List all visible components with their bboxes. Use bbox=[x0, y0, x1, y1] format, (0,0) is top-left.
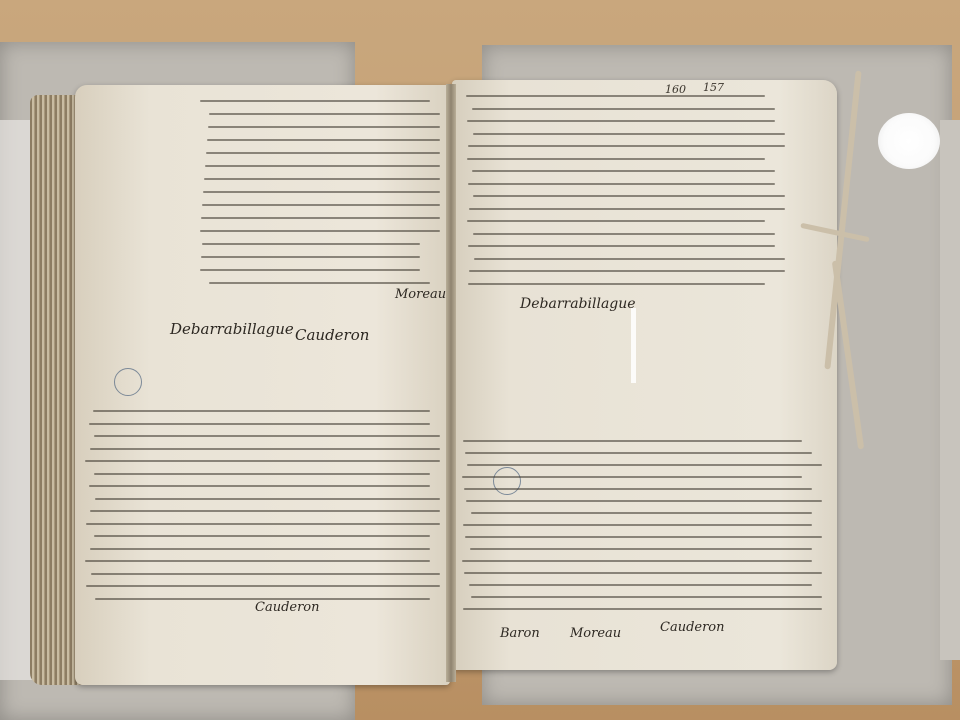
light-glare bbox=[631, 308, 636, 383]
signature-cauderon-bottom: Cauderon bbox=[255, 600, 320, 615]
handwriting-line bbox=[469, 270, 785, 272]
signature-moreau-right: Moreau bbox=[570, 626, 621, 641]
handwriting-line bbox=[466, 95, 765, 97]
handwriting-line bbox=[467, 220, 765, 222]
handwriting-line bbox=[473, 133, 786, 135]
handwriting-line bbox=[473, 233, 776, 235]
handwriting-line bbox=[462, 476, 802, 478]
handwriting-line bbox=[463, 524, 812, 526]
handwriting-line bbox=[465, 536, 822, 538]
signature-debarrabillague-right: Debarrabillague bbox=[520, 296, 636, 312]
handwriting-line bbox=[472, 170, 775, 172]
handwriting-line bbox=[200, 100, 430, 102]
handwriting-line bbox=[468, 283, 766, 285]
handwriting-line bbox=[471, 512, 812, 514]
handwriting-line bbox=[472, 108, 776, 110]
handwriting-line bbox=[207, 139, 440, 141]
handwriting-line bbox=[467, 464, 822, 466]
handwriting-line bbox=[468, 183, 776, 185]
handwriting-line bbox=[469, 584, 812, 586]
handwriting-line bbox=[86, 523, 441, 525]
handwriting-line bbox=[94, 473, 431, 475]
handwriting-line bbox=[200, 269, 420, 271]
handwriting-line bbox=[85, 560, 430, 562]
signature-debarrabillague: Debarrabillague bbox=[170, 320, 294, 338]
handwriting-line bbox=[89, 485, 430, 487]
box-edge bbox=[940, 120, 960, 660]
handwriting-line bbox=[466, 500, 822, 502]
handwriting-line bbox=[94, 435, 440, 437]
handwriting-line bbox=[91, 573, 441, 575]
handwriting-line bbox=[90, 448, 441, 450]
handwriting-line bbox=[95, 598, 431, 600]
handwriting-line bbox=[209, 282, 430, 284]
handwriting-line bbox=[464, 488, 812, 490]
handwriting-line bbox=[467, 158, 766, 160]
page-number: 157 bbox=[703, 81, 724, 94]
signature-moreau: Moreau bbox=[395, 287, 446, 302]
handwriting-line bbox=[208, 126, 440, 128]
signature-cauderon: Cauderon bbox=[295, 326, 369, 344]
handwriting-line bbox=[465, 452, 812, 454]
handwriting-line bbox=[473, 195, 785, 197]
handwriting-line bbox=[463, 608, 822, 610]
handwriting-line bbox=[470, 548, 812, 550]
handwriting-line bbox=[85, 460, 440, 462]
handwriting-line bbox=[468, 145, 785, 147]
handwriting-line bbox=[89, 423, 431, 425]
handwriting-line bbox=[200, 230, 440, 232]
handwriting-line bbox=[95, 498, 441, 500]
handwriting-line bbox=[93, 410, 430, 412]
signature-baron: Baron bbox=[500, 626, 540, 641]
handwriting-line bbox=[471, 596, 822, 598]
handwriting-line bbox=[209, 113, 440, 115]
light-reflection bbox=[878, 113, 940, 169]
book-gutter bbox=[446, 84, 456, 682]
right-page bbox=[452, 80, 837, 670]
handwriting-line bbox=[469, 208, 786, 210]
handwriting-line bbox=[463, 440, 802, 442]
handwriting-line bbox=[464, 572, 822, 574]
handwriting-line bbox=[462, 560, 812, 562]
handwriting-line bbox=[474, 258, 786, 260]
handwriting-line bbox=[203, 191, 440, 193]
handwriting-line bbox=[201, 256, 420, 258]
handwriting-line bbox=[202, 204, 440, 206]
handwriting-line bbox=[206, 152, 440, 154]
handwriting-line bbox=[94, 535, 430, 537]
handwriting-line bbox=[202, 243, 420, 245]
handwriting-line bbox=[90, 548, 431, 550]
archive-stamp bbox=[114, 368, 142, 396]
archive-stamp bbox=[493, 467, 521, 495]
handwriting-line bbox=[86, 585, 440, 587]
handwriting-line bbox=[90, 510, 440, 512]
handwriting-line bbox=[468, 245, 775, 247]
handwriting-line bbox=[201, 217, 440, 219]
handwriting-line bbox=[204, 178, 440, 180]
signature-cauderon-right: Cauderon bbox=[660, 620, 725, 635]
handwriting-line bbox=[205, 165, 440, 167]
handwriting-line bbox=[467, 120, 775, 122]
